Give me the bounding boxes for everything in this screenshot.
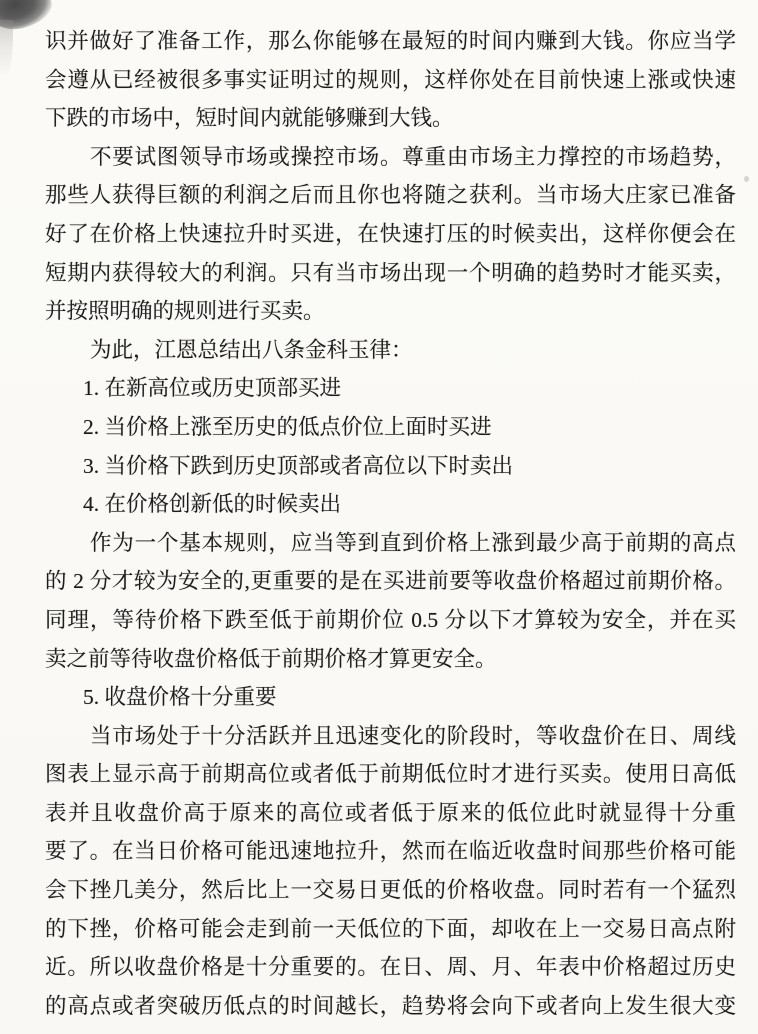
- text-line: 卖之前等待收盘价格低于前期价格才算更安全。: [45, 640, 736, 679]
- book-page: 识并做好了准备工作，那么你能够在最短的时间内赚到大钱。你应当学会遵从已经被很多事…: [0, 0, 758, 1034]
- text-line: 不要试图领导市场或操控市场。尊重由市场主力撑控的市场趋势，: [45, 138, 736, 177]
- text-line: 的高点或者突破历低点的时间越长，趋势将会向下或者向上发生很大变: [45, 987, 736, 1026]
- text-line: 好了在价格上快速拉升时买进，在快速打压的时候卖出，这样你便会在: [45, 215, 736, 254]
- text-line: 2. 当价格上涨至历史的低点价位上面时买进: [45, 408, 736, 447]
- text-line: 为此，江恩总结出八条金科玉律：: [45, 331, 736, 370]
- text-line: 会遵从已经被很多事实证明过的规则，这样你处在目前快速上涨或快速: [45, 61, 736, 100]
- text-line: 3. 当价格下跌到历史顶部或者高位以下时卖出: [45, 447, 736, 486]
- text-line: 4. 在价格创新低的时候卖出: [45, 485, 736, 524]
- text-line: 图表上显示高于前期高位或者低于前期低位时才进行买卖。使用日高低: [45, 755, 736, 794]
- text-line: 的下挫，价格可能会走到前一天低位的下面，却收在上一交易日高点附: [45, 910, 736, 949]
- paper-speck: [744, 176, 749, 182]
- text-line: 作为一个基本规则，应当等到直到价格上涨到最少高于前期的高点: [45, 524, 736, 563]
- text-line: 近。所以收盘价格是十分重要的。在日、周、月、年表中价格超过历史: [45, 948, 736, 987]
- text-line: 下跌的市场中，短时间内就能够赚到大钱。: [45, 99, 736, 138]
- text-line: 那些人获得巨额的利润之后而且你也将随之获利。当市场大庄家已准备: [45, 176, 736, 215]
- page-text: 识并做好了准备工作，那么你能够在最短的时间内赚到大钱。你应当学会遵从已经被很多事…: [45, 22, 736, 1025]
- text-line: 识并做好了准备工作，那么你能够在最短的时间内赚到大钱。你应当学: [45, 22, 736, 61]
- text-line: 当市场处于十分活跃并且迅速变化的阶段时，等收盘价在日、周线: [45, 717, 736, 756]
- text-line: 同理，等待价格下跌至低于前期价位 0.5 分以下才算较为安全，并在买: [45, 601, 736, 640]
- scan-streak-artifact: [0, 20, 13, 78]
- text-line: 会下挫几美分，然后比上一交易日更低的价格收盘。同时若有一个猛烈: [45, 871, 736, 910]
- text-line: 的 2 分才较为安全的,更重要的是在买进前要等收盘价格超过前期价格。: [45, 562, 736, 601]
- text-line: 要了。在当日价格可能迅速地拉升，然而在临近收盘时间那些价格可能: [45, 832, 736, 871]
- text-line: 1. 在新高位或历史顶部买进: [45, 369, 736, 408]
- text-line: 并按照明确的规则进行买卖。: [45, 292, 736, 331]
- text-line: 短期内获得较大的利润。只有当市场出现一个明确的趋势时才能买卖，: [45, 254, 736, 293]
- text-line: 5. 收盘价格十分重要: [45, 678, 736, 717]
- text-line: 表并且收盘价高于原来的高位或者低于原来的低位此时就显得十分重: [45, 794, 736, 833]
